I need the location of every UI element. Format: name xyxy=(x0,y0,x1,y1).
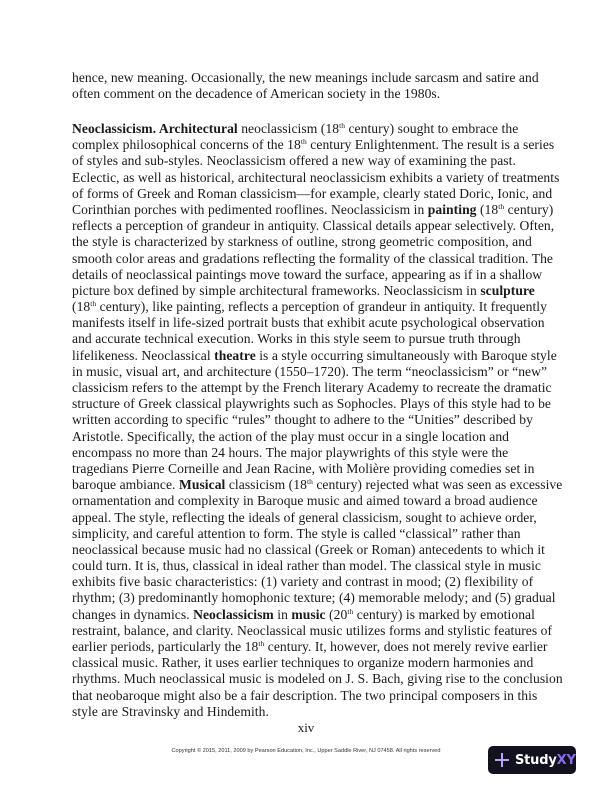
text-line: the style is characterized by starkness … xyxy=(72,234,542,250)
text-run: manifests itself in life-sized portrait … xyxy=(72,315,545,330)
text-line: appeal. The style, reflecting the ideals… xyxy=(72,510,542,526)
bold-term: sculpture xyxy=(480,283,535,298)
text-run: Aristotle. Specifically, the action of t… xyxy=(72,429,509,444)
text-run: the style is characterized by starkness … xyxy=(72,234,532,249)
text-run: appeal. The style, reflecting the ideals… xyxy=(72,510,537,525)
text-line: restraint, balance, and clarity. Neoclas… xyxy=(72,623,542,639)
studyxy-badge[interactable]: StudyXY xyxy=(488,746,576,774)
text-run: tragedians Pierre Corneille and Jean Rac… xyxy=(72,461,534,476)
text-line: reflects a perception of grandeur in ant… xyxy=(72,218,542,234)
text-run: and accurate technical execution. Works … xyxy=(72,331,521,346)
text-line: structure of Greek classical playwrights… xyxy=(72,396,542,412)
text-line: of forms of Greek and Roman classicism—f… xyxy=(72,186,542,202)
text-line: rhythms. Much neoclassical music is mode… xyxy=(72,671,542,687)
text-run: century), like painting, reflects a perc… xyxy=(96,299,547,314)
text-line: Neoclassicism. Architectural neoclassici… xyxy=(72,121,542,137)
text-run: restraint, balance, and clarity. Neoclas… xyxy=(72,623,552,638)
text-run: century) is marked by emotional xyxy=(353,607,535,622)
text-run: baroque ambiance. xyxy=(72,477,179,492)
text-line: lifelikeness. Neoclassical theatre is a … xyxy=(72,348,542,364)
text-line: in music, visual art, and architecture (… xyxy=(72,364,542,380)
bold-term: theatre xyxy=(214,348,256,363)
text-line: details of neoclassical paintings move t… xyxy=(72,267,542,283)
text-run: classicism (18 xyxy=(225,477,307,492)
text-line: complex philosophical concerns of the 18… xyxy=(72,137,542,153)
text-line: earlier periods, particularly the 18th c… xyxy=(72,639,542,655)
text-run: is a style occurring simultaneously with… xyxy=(256,348,557,363)
text-run: often comment on the decadence of Americ… xyxy=(72,86,440,101)
badge-label-main: Study xyxy=(515,753,557,768)
text-line: simplicity, and careful attention to for… xyxy=(72,526,542,542)
text-run: ornamentation and complexity in Baroque … xyxy=(72,493,538,508)
text-run: simplicity, and careful attention to for… xyxy=(72,526,521,541)
text-run: changes in dynamics. xyxy=(72,607,193,622)
document-page: hence, new meaning. Occasionally, the ne… xyxy=(0,0,612,792)
text-line: often comment on the decadence of Americ… xyxy=(72,86,542,102)
page-number: xiv xyxy=(0,720,612,736)
bold-term: music xyxy=(291,607,325,622)
text-run: (18 xyxy=(477,202,499,217)
text-run: in xyxy=(274,607,292,622)
bold-term: painting xyxy=(428,202,477,217)
text-run: lifelikeness. Neoclassical xyxy=(72,348,214,363)
text-line: neoclassical because music had no classi… xyxy=(72,542,542,558)
text-run: reflects a perception of grandeur in ant… xyxy=(72,218,554,233)
text-run: (18 xyxy=(72,299,90,314)
text-run: structure of Greek classical playwrights… xyxy=(72,396,551,411)
text-line: (18th century), like painting, reflects … xyxy=(72,299,542,315)
text-line: written according to specific “rules” th… xyxy=(72,412,542,428)
text-run: century) xyxy=(504,202,553,217)
text-run: century) rejected what was seen as exces… xyxy=(313,477,562,492)
text-run: complex philosophical concerns of the 18 xyxy=(72,137,301,152)
text-run: earlier periods, particularly the 18 xyxy=(72,639,258,654)
text-run: Corinthian porches with pedimented roofl… xyxy=(72,202,428,217)
text-run: Eclectic, as well as historical, archite… xyxy=(72,170,559,185)
text-run: exhibits five basic characteristics: (1)… xyxy=(72,574,533,589)
text-run: neoclassicism (18 xyxy=(238,121,339,136)
bold-term: Musical xyxy=(179,477,225,492)
text-line: encompass no more than 24 hours. The maj… xyxy=(72,445,542,461)
text-run: century) sought to embrace the xyxy=(345,121,518,136)
text-line: style are Stravinsky and Hindemith. xyxy=(72,704,542,720)
text-line: rhythm; (3) predominantly homophonic tex… xyxy=(72,590,542,606)
paragraph-neoclassicism: Neoclassicism. Architectural neoclassici… xyxy=(72,121,542,720)
text-run: could turn. It is, thus, classical in id… xyxy=(72,558,541,573)
text-line: and accurate technical execution. Works … xyxy=(72,331,542,347)
text-line: Eclectic, as well as historical, archite… xyxy=(72,170,542,186)
bold-term: Neoclassicism. Architectural xyxy=(72,121,238,136)
text-line: ornamentation and complexity in Baroque … xyxy=(72,493,542,509)
text-line: could turn. It is, thus, classical in id… xyxy=(72,558,542,574)
text-line: baroque ambiance. Musical classicism (18… xyxy=(72,477,542,493)
text-line: classical music. Rather, it uses earlier… xyxy=(72,655,542,671)
text-run: details of neoclassical paintings move t… xyxy=(72,267,542,282)
badge-label: StudyXY xyxy=(515,753,576,768)
text-line: Corinthian porches with pedimented roofl… xyxy=(72,202,542,218)
text-run: in music, visual art, and architecture (… xyxy=(72,364,547,379)
text-line: hence, new meaning. Occasionally, the ne… xyxy=(72,70,542,86)
text-line: changes in dynamics. Neoclassicism in mu… xyxy=(72,607,542,623)
text-run: picture box defined by simple architectu… xyxy=(72,283,480,298)
text-line: Aristotle. Specifically, the action of t… xyxy=(72,429,542,445)
badge-label-accent: XY xyxy=(557,753,576,768)
text-line: that neobaroque might also be a fair des… xyxy=(72,688,542,704)
text-run: century. It, however, does not merely re… xyxy=(264,639,547,654)
text-line: smooth color areas and gradations reflec… xyxy=(72,251,542,267)
text-run: century Enlightenment. The result is a s… xyxy=(307,137,554,152)
plus-icon xyxy=(495,753,509,767)
text-run: smooth color areas and gradations reflec… xyxy=(72,251,553,266)
text-run: written according to specific “rules” th… xyxy=(72,412,533,427)
text-run: neoclassical because music had no classi… xyxy=(72,542,545,557)
text-run: classicism refers to the attempt by the … xyxy=(72,380,552,395)
text-run: style are Stravinsky and Hindemith. xyxy=(72,704,269,719)
text-run: hence, new meaning. Occasionally, the ne… xyxy=(72,70,539,85)
text-line: manifests itself in life-sized portrait … xyxy=(72,315,542,331)
text-run: (20 xyxy=(326,607,348,622)
paragraph-postmodern-continuation: hence, new meaning. Occasionally, the ne… xyxy=(72,70,542,102)
text-run: that neobaroque might also be a fair des… xyxy=(72,688,537,703)
text-run: rhythms. Much neoclassical music is mode… xyxy=(72,671,563,686)
text-line: classicism refers to the attempt by the … xyxy=(72,380,542,396)
text-line: tragedians Pierre Corneille and Jean Rac… xyxy=(72,461,542,477)
text-line: exhibits five basic characteristics: (1)… xyxy=(72,574,542,590)
text-line: picture box defined by simple architectu… xyxy=(72,283,542,299)
text-run: of styles and sub-styles. Neoclassicism … xyxy=(72,153,516,168)
text-run: encompass no more than 24 hours. The maj… xyxy=(72,445,508,460)
text-run: rhythm; (3) predominantly homophonic tex… xyxy=(72,590,556,605)
bold-term: Neoclassicism xyxy=(193,607,274,622)
text-run: of forms of Greek and Roman classicism—f… xyxy=(72,186,552,201)
text-run: classical music. Rather, it uses earlier… xyxy=(72,655,533,670)
text-line: of styles and sub-styles. Neoclassicism … xyxy=(72,153,542,169)
